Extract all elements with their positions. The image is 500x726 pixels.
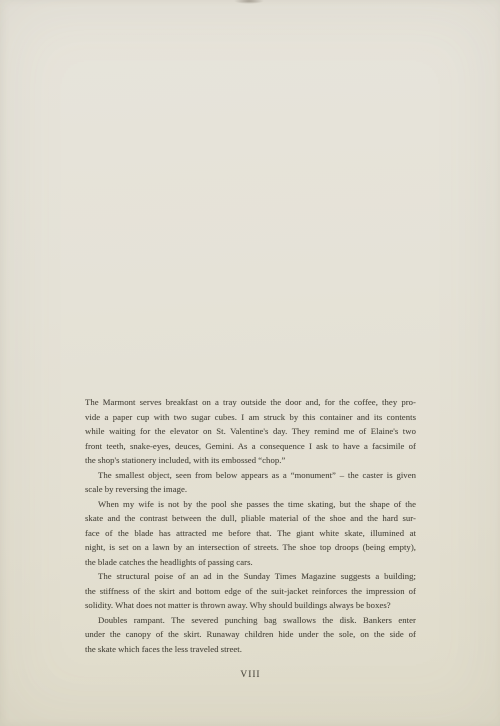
paragraph: The smallest object, seen from below app… <box>85 468 416 497</box>
text-line: The Marmont serves breakfast on a tray o… <box>85 395 416 410</box>
book-page: The Marmont serves breakfast on a tray o… <box>0 0 500 726</box>
text-line: solidity. What does not matter is thrown… <box>85 598 416 613</box>
scan-artifact <box>234 0 264 4</box>
text-line: the stiffness of the skirt and bottom ed… <box>85 584 416 599</box>
text-line: night, is set on a lawn by an intersecti… <box>85 540 416 555</box>
text-line: face of the blade has attracted me befor… <box>85 526 416 541</box>
text-line: the blade catches the headlights of pass… <box>85 555 416 570</box>
paragraph: The Marmont serves breakfast on a tray o… <box>85 395 416 468</box>
text-line: skate and the contrast between the dull,… <box>85 511 416 526</box>
page-number: VIII <box>85 670 416 680</box>
text-line: front teeth, snake-eyes, deuces, Gemini.… <box>85 439 416 454</box>
text-line: When my wife is not by the pool she pass… <box>85 497 416 512</box>
paragraph: Doubles rampant. The severed punching ba… <box>85 613 416 657</box>
text-line: under the canopy of the skirt. Runaway c… <box>85 627 416 642</box>
text-line: the shop's stationery included, with its… <box>85 453 416 468</box>
text-line: the skate which faces the less traveled … <box>85 642 416 657</box>
paragraph: When my wife is not by the pool she pass… <box>85 497 416 570</box>
text-line: while waiting for the elevator on St. Va… <box>85 424 416 439</box>
paragraph: The structural poise of an ad in the Sun… <box>85 569 416 613</box>
text-line: Doubles rampant. The severed punching ba… <box>85 613 416 628</box>
text-line: The structural poise of an ad in the Sun… <box>85 569 416 584</box>
text-line: scale by reversing the image. <box>85 482 416 497</box>
text-line: The smallest object, seen from below app… <box>85 468 416 483</box>
text-line: vide a paper cup with two sugar cubes. I… <box>85 410 416 425</box>
body-text: The Marmont serves breakfast on a tray o… <box>85 395 416 656</box>
